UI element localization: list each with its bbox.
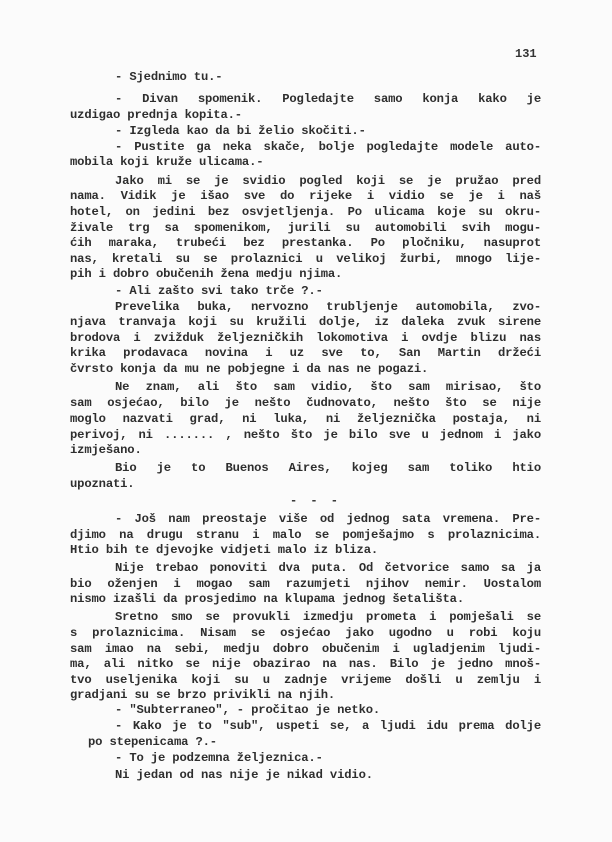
text-line: perivoj, ni ....... , nešto što je bilo … xyxy=(70,428,541,443)
text-line: čvrsto konja da mu ne pobjegne i da nas … xyxy=(70,362,541,377)
text-line: Prevelika buka, nervozno trubljenje auto… xyxy=(115,300,541,315)
text-line: Htio bih te djevojke vidjeti malo iz bli… xyxy=(70,543,541,558)
text-line: krika prodavaca novina i uz sve to, San … xyxy=(70,346,541,361)
text-line: - Ali zašto svi tako trče ?.- xyxy=(115,284,541,299)
text-line: djimo na drugu stranu i malo se pomješaj… xyxy=(70,528,541,543)
book-page: 131 - Sjednimo tu.-- Divan spomenik. Pog… xyxy=(0,0,612,842)
text-line: po stepenicama ?.- xyxy=(88,735,541,750)
text-line: - Divan spomenik. Pogledajte samo konja … xyxy=(115,92,541,107)
text-line: mobila koji kruže ulicama.- xyxy=(70,155,541,170)
text-line: Bio je to Buenos Aires, kojeg sam toliko… xyxy=(115,461,541,476)
text-line: pih i dobro obučenih žena medju njima. xyxy=(70,267,541,282)
text-line: ma, ali nitko se nije obazirao na nas. B… xyxy=(70,657,541,672)
text-line: - "Subterraneo", - pročitao je netko. xyxy=(115,703,541,718)
text-line: s prolaznicima. Nisam se osjećao jako ug… xyxy=(70,626,541,641)
text-line: gradjani su se brzo privikli na njih. xyxy=(70,688,541,703)
text-line: - Kako je to "sub", uspeti se, a ljudi i… xyxy=(115,719,541,734)
text-line: Ni jedan od nas nije je nikad vidio. xyxy=(115,768,541,783)
text-line: - Izgleda kao da bi želio skočiti.- xyxy=(115,124,541,139)
text-line: tvo useljenika koji su u zadnje vrijeme … xyxy=(70,673,541,688)
text-line: Ne znam, ali što sam vidio, što sam miri… xyxy=(115,380,541,395)
text-line: izmješano. xyxy=(70,443,541,458)
text-line: Sretno smo se provukli izmedju prometa i… xyxy=(115,610,541,625)
text-line: nismo izašli da prosjedimo na klupama je… xyxy=(70,592,541,607)
text-line: hotel, on jedini bez osvjetljenja. Po ul… xyxy=(70,205,541,220)
section-separator: - - - xyxy=(290,494,341,508)
text-line: upoznati. xyxy=(70,477,541,492)
text-line: nama. Vidik je išao sve do rijeke i vidi… xyxy=(70,189,541,204)
text-line: ćih maraka, trubeći bez prestanka. Po pl… xyxy=(70,236,541,251)
text-line: Jako mi se je svidio pogled koji se je p… xyxy=(115,174,541,189)
text-line: Nije trebao ponoviti dva puta. Od četvor… xyxy=(115,561,541,576)
text-line: uzdigao prednja kopita.- xyxy=(70,108,541,123)
text-line: sam imao na sebi, medju dobro obučenim i… xyxy=(70,642,541,657)
text-line: - Još nam preostaje više od jednog sata … xyxy=(115,512,541,527)
text-line: njava tranvaja koji su kružili dolje, iz… xyxy=(70,315,541,330)
text-line: živale trg sa spomenikom, jurili su auto… xyxy=(70,221,541,236)
text-line: moglo nazvati grad, ni luka, ni željezni… xyxy=(70,412,541,427)
text-line: - Sjednimo tu.- xyxy=(115,70,541,85)
text-line: sam osjećao, bilo je nešto čudnovato, ne… xyxy=(70,396,541,411)
page-number: 131 xyxy=(515,47,537,61)
text-line: - Pustite ga neka skače, bolje pogledajt… xyxy=(115,140,541,155)
text-line: nas, kretali su se prolaznici u velikoj … xyxy=(70,252,541,267)
text-line: bio oženjen i mogao sam razumjeti njihov… xyxy=(70,577,541,592)
text-line: - To je podzemna željeznica.- xyxy=(115,751,541,766)
text-line: brodova i zvižduk željezničkih lokomotiv… xyxy=(70,331,541,346)
